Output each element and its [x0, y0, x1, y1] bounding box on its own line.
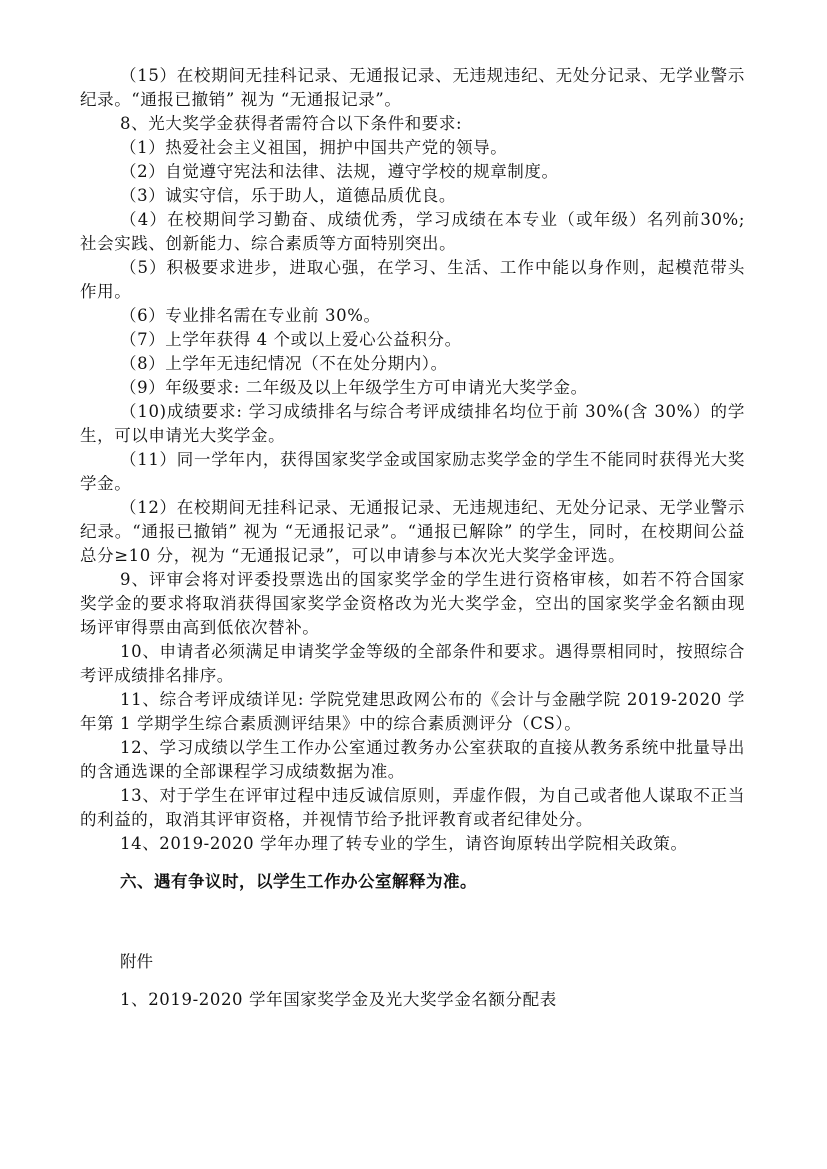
attachment-item: 1、2019-2020 学年国家奖学金及光大奖学金名额分配表	[80, 988, 745, 1012]
paragraph-condition-8: （8）上学年无违纪情况（不在处分期内）。	[80, 352, 745, 376]
paragraph-rule-11: 11、综合考评成绩详见: 学院党建思政网公布的《会计与金融学院 2019-202…	[80, 688, 745, 736]
paragraph-condition-5: （5）积极要求进步，进取心强，在学习、生活、工作中能以身作则，起模范带头作用。	[80, 256, 745, 304]
paragraph-condition-10: （10)成绩要求: 学习成绩排名与综合考评成绩排名均位于前 30%(含 30%）…	[80, 400, 745, 448]
section-heading-six: 六、遇有争议时，以学生工作办公室解释为准。	[80, 870, 745, 894]
paragraph-condition-12: （12）在校期间无挂科记录、无通报记录、无违规违纪、无处分记录、无学业警示纪录。…	[80, 496, 745, 568]
paragraph-rule-9: 9、评审会将对评委投票选出的国家奖学金的学生进行资格审核，如若不符合国家奖学金的…	[80, 568, 745, 640]
paragraph-condition-6: （6）专业排名需在专业前 30%。	[80, 304, 745, 328]
paragraph-condition-9: （9）年级要求: 二年级及以上年级学生方可申请光大奖学金。	[80, 376, 745, 400]
attachment-label: 附件	[80, 950, 745, 974]
paragraph-condition-2: （2）自觉遵守宪法和法律、法规，遵守学校的规章制度。	[80, 160, 745, 184]
paragraph-item-15: （15）在校期间无挂科记录、无通报记录、无违规违纪、无处分记录、无学业警示纪录。…	[80, 64, 745, 112]
paragraph-rule-12: 12、学习成绩以学生工作办公室通过教务办公室获取的直接从教务系统中批量导出的含通…	[80, 736, 745, 784]
paragraph-condition-4: （4）在校期间学习勤奋、成绩优秀，学习成绩在本专业（或年级）名列前30%; 社会…	[80, 208, 745, 256]
paragraph-condition-11: （11）同一学年内，获得国家奖学金或国家励志奖学金的学生不能同时获得光大奖学金。	[80, 448, 745, 496]
document-page: （15）在校期间无挂科记录、无通报记录、无违规违纪、无处分记录、无学业警示纪录。…	[80, 64, 745, 1012]
paragraph-condition-3: （3）诚实守信，乐于助人，道德品质优良。	[80, 184, 745, 208]
paragraph-condition-1: （1）热爱社会主义祖国，拥护中国共产党的领导。	[80, 136, 745, 160]
paragraph-rule-14: 14、2019-2020 学年办理了转专业的学生，请咨询原转出学院相关政策。	[80, 832, 745, 856]
paragraph-condition-7: （7）上学年获得 4 个或以上爱心公益积分。	[80, 328, 745, 352]
paragraph-rule-13: 13、对于学生在评审过程中违反诚信原则，弄虚作假，为自己或者他人谋取不正当的利益…	[80, 784, 745, 832]
paragraph-rule-10: 10、申请者必须满足申请奖学金等级的全部条件和要求。遇得票相同时，按照综合考评成…	[80, 640, 745, 688]
paragraph-guangda-conditions: 8、光大奖学金获得者需符合以下条件和要求:	[80, 112, 745, 136]
